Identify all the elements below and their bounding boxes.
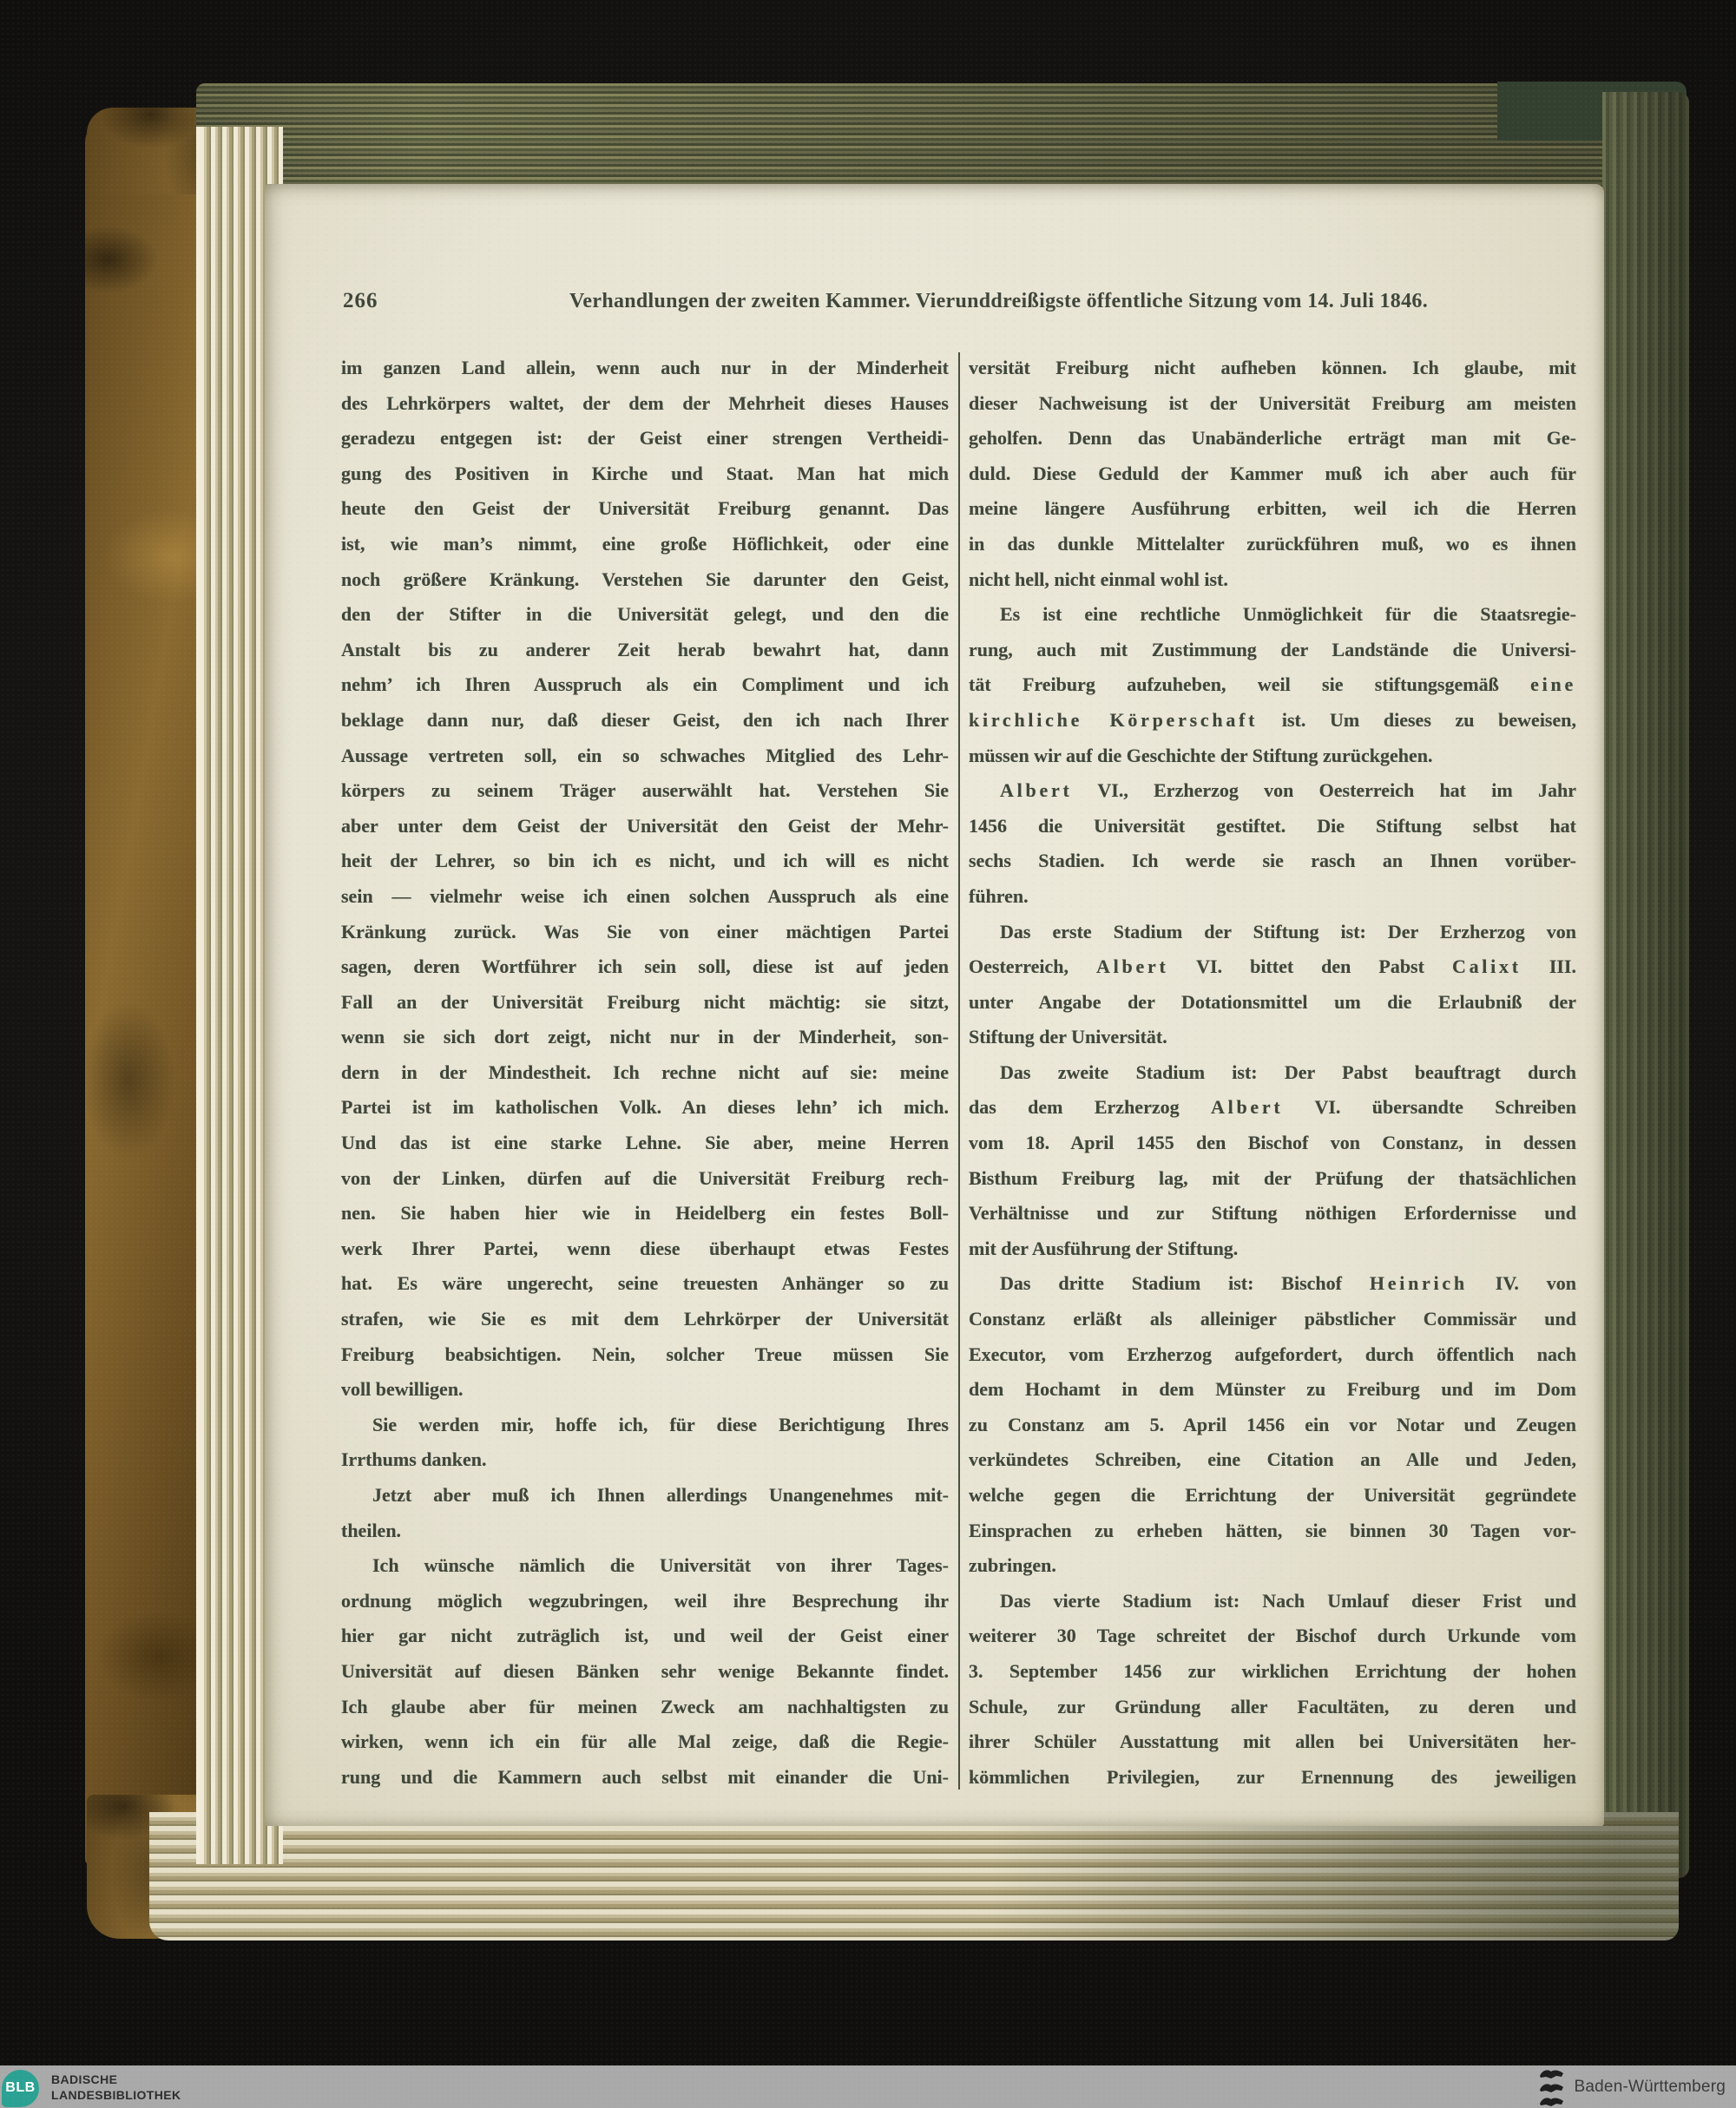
text-column-left: im ganzen Land allein, wenn auch nur in … xyxy=(341,351,949,1795)
text-line: nen. Sie haben hier wie in Heidelberg ei… xyxy=(341,1196,949,1231)
text-line: Einsprachen zu erheben hätten, sie binne… xyxy=(969,1514,1576,1549)
text-line: nehm’ ich Ihren Ausspruch als ein Compli… xyxy=(341,667,949,703)
text-line: müssen wir auf die Geschichte der Stiftu… xyxy=(969,739,1576,774)
text-line: dem Hochamt in dem Münster zu Freiburg u… xyxy=(969,1372,1576,1408)
page-number: 266 xyxy=(343,289,423,313)
text-line: beklage dann nur, daß dieser Geist, den … xyxy=(341,703,949,739)
text-line: Irrthums danken. xyxy=(341,1442,949,1478)
text-line: mit der Ausführung der Stiftung. xyxy=(969,1231,1576,1267)
text-line: Ich glaube aber für meinen Zweck am nach… xyxy=(341,1690,949,1725)
text-line: Das erste Stadium der Stiftung ist: Der … xyxy=(969,915,1576,950)
library-name: BADISCHE LANDESBIBLIOTHEK xyxy=(51,2072,181,2103)
column-divider-rule xyxy=(958,352,960,1790)
text-line: Anstalt bis zu anderer Zeit herab bewahr… xyxy=(341,633,949,668)
text-line: Partei ist im katholischen Volk. An dies… xyxy=(341,1090,949,1126)
text-line: verkündetes Schreiben, eine Citation an … xyxy=(969,1442,1576,1478)
book-spine-leather xyxy=(85,120,208,1866)
text-line: tät Freiburg aufzuheben, weil sie stiftu… xyxy=(969,667,1576,703)
branding-bar: BLB BADISCHE LANDESBIBLIOTHEK Baden-Würt… xyxy=(0,2065,1736,2108)
text-line: von der Linken, dürfen auf die Universit… xyxy=(341,1161,949,1197)
text-line: werk Ihrer Partei, wenn diese überhaupt … xyxy=(341,1231,949,1267)
text-line: im ganzen Land allein, wenn auch nur in … xyxy=(341,351,949,386)
text-line: das dem Erzherzog Albert VI. übersandte … xyxy=(969,1090,1576,1126)
running-header-row: 266 Verhandlungen der zweiten Kammer. Vi… xyxy=(343,289,1575,313)
text-line: duld. Diese Geduld der Kammer muß ich ab… xyxy=(969,456,1576,492)
text-line: heit der Lehrer, so bin ich es nicht, un… xyxy=(341,844,949,879)
text-line: wenn sie sich dort zeigt, nicht nur in d… xyxy=(341,1020,949,1055)
text-line: ist, wie man’s nimmt, eine große Höflich… xyxy=(341,527,949,562)
text-line: versität Freiburg nicht aufheben können.… xyxy=(969,351,1576,386)
text-line: rung und die Kammern auch selbst mit ein… xyxy=(341,1760,949,1796)
text-line: kirchliche Körperschaft ist. Um dieses z… xyxy=(969,703,1576,739)
text-line: Und das ist eine starke Lehne. Sie aber,… xyxy=(341,1126,949,1161)
running-header: Verhandlungen der zweiten Kammer. Vierun… xyxy=(423,290,1575,313)
text-line: Das vierte Stadium ist: Nach Umlauf dies… xyxy=(969,1584,1576,1619)
text-line: Das zweite Stadium ist: Der Pabst beauft… xyxy=(969,1055,1576,1091)
library-name-line2: LANDESBIBLIOTHEK xyxy=(51,2087,181,2103)
text-line: Jetzt aber muß ich Ihnen allerdings Unan… xyxy=(341,1478,949,1514)
page-block-top-edges xyxy=(196,83,1682,189)
text-line: den der Stifter in die Universität geleg… xyxy=(341,597,949,633)
text-line: hier gar nicht zuträglich ist, und weil … xyxy=(341,1619,949,1654)
text-line: zubringen. xyxy=(969,1548,1576,1584)
book-page: 266 Verhandlungen der zweiten Kammer. Vi… xyxy=(265,184,1604,1826)
text-line: Constanz erläßt als alleiniger päbstlich… xyxy=(969,1302,1576,1337)
text-line: Das dritte Stadium ist: Bischof Heinrich… xyxy=(969,1266,1576,1302)
text-line: Universität auf diesen Bänken sehr wenig… xyxy=(341,1654,949,1690)
text-line: ordnung möglich wegzubringen, weil ihre … xyxy=(341,1584,949,1619)
text-line: hat. Es wäre ungerecht, seine treuesten … xyxy=(341,1266,949,1302)
text-line: geradezu entgegen ist: der Geist einer s… xyxy=(341,421,949,456)
text-line: ihrer Schüler Ausstattung mit allen bei … xyxy=(969,1724,1576,1760)
text-line: in das dunkle Mittelalter zurückführen m… xyxy=(969,527,1576,562)
scan-viewer-background: 266 Verhandlungen der zweiten Kammer. Vi… xyxy=(0,0,1736,2108)
text-line: heute den Geist der Universität Freiburg… xyxy=(341,491,949,527)
text-line: Albert VI., Erzherzog von Oesterreich ha… xyxy=(969,773,1576,809)
text-line: 1456 die Universität gestiftet. Die Stif… xyxy=(969,809,1576,844)
text-line: theilen. xyxy=(341,1514,949,1549)
coat-of-arms-lions-icon xyxy=(1538,2067,1566,2107)
text-line: Es ist eine rechtliche Unmöglichkeit für… xyxy=(969,597,1576,633)
text-line: des Lehrkörpers waltet, der dem der Mehr… xyxy=(341,386,949,422)
text-line: sagen, deren Wortführer ich sein soll, d… xyxy=(341,949,949,985)
text-line: Freiburg beabsichtigen. Nein, solcher Tr… xyxy=(341,1337,949,1373)
blb-library-logo: BLB BADISCHE LANDESBIBLIOTHEK xyxy=(0,2065,181,2108)
text-line: Oesterreich, Albert VI. bittet den Pabst… xyxy=(969,949,1576,985)
text-line: Executor, vom Erzherzog aufgefordert, du… xyxy=(969,1337,1576,1373)
page-block-right-edges xyxy=(1602,92,1689,1878)
text-line: gung des Positiven in Kirche und Staat. … xyxy=(341,456,949,492)
text-line: sein — vielmehr weise ich einen solchen … xyxy=(341,879,949,915)
text-column-right: versität Freiburg nicht aufheben können.… xyxy=(969,351,1576,1795)
text-line: voll bewilligen. xyxy=(341,1372,949,1408)
text-line: Bisthum Freiburg lag, mit der Prüfung de… xyxy=(969,1161,1576,1197)
library-name-line1: BADISCHE xyxy=(51,2072,181,2087)
text-line: unter Angabe der Dotationsmittel um die … xyxy=(969,985,1576,1021)
text-line: dieser Nachweisung ist der Universität F… xyxy=(969,386,1576,422)
text-line: nicht hell, nicht einmal wohl ist. xyxy=(969,562,1576,598)
state-name: Baden-Württemberg xyxy=(1575,2078,1726,2097)
blb-badge-icon: BLB xyxy=(2,2070,39,2107)
text-line: Sie werden mir, hoffe ich, für diese Ber… xyxy=(341,1408,949,1443)
text-line: sechs Stadien. Ich werde sie rasch an Ih… xyxy=(969,844,1576,879)
text-line: zu Constanz am 5. April 1456 ein vor Not… xyxy=(969,1408,1576,1443)
text-line: noch größere Kränkung. Verstehen Sie dar… xyxy=(341,562,949,598)
text-line: führen. xyxy=(969,879,1576,915)
text-line: meine längere Ausführung erbitten, weil … xyxy=(969,491,1576,527)
text-line: Ich wünsche nämlich die Universität von … xyxy=(341,1548,949,1584)
text-line: 3. September 1456 zur wirklichen Erricht… xyxy=(969,1654,1576,1690)
text-line: Verhältnisse und zur Stiftung nöthigen E… xyxy=(969,1196,1576,1231)
text-line: körpers zu seinem Träger auserwählt hat.… xyxy=(341,773,949,809)
baden-wuerttemberg-logo: Baden-Württemberg xyxy=(1538,2067,1726,2107)
text-line: Stiftung der Universität. xyxy=(969,1020,1576,1055)
text-columns: im ganzen Land allein, wenn auch nur in … xyxy=(341,351,1576,1795)
text-line: strafen, wie Sie es mit dem Lehrkörper d… xyxy=(341,1302,949,1337)
text-line: aber unter dem Geist der Universität den… xyxy=(341,809,949,844)
text-line: dern in der Mindestheit. Ich rechne nich… xyxy=(341,1055,949,1091)
text-line: Kränkung zurück. Was Sie von einer mächt… xyxy=(341,915,949,950)
page-block-bottom-edges xyxy=(149,1812,1679,1941)
text-line: Fall an der Universität Freiburg nicht m… xyxy=(341,985,949,1021)
text-line: Schule, zur Gründung aller Facultäten, z… xyxy=(969,1690,1576,1725)
text-line: welche gegen die Errichtung der Universi… xyxy=(969,1478,1576,1514)
text-line: vom 18. April 1455 den Bischof von Const… xyxy=(969,1126,1576,1161)
text-line: rung, auch mit Zustimmung der Landstände… xyxy=(969,633,1576,668)
text-line: weiterer 30 Tage schreitet der Bischof d… xyxy=(969,1619,1576,1654)
text-line: kömmlichen Privilegien, zur Ernennung de… xyxy=(969,1760,1576,1796)
text-line: wirken, wenn ich ein für alle Mal zeige,… xyxy=(341,1724,949,1760)
text-line: Aussage vertreten soll, ein so schwaches… xyxy=(341,739,949,774)
text-line: geholfen. Denn das Unabänderliche erträg… xyxy=(969,421,1576,456)
